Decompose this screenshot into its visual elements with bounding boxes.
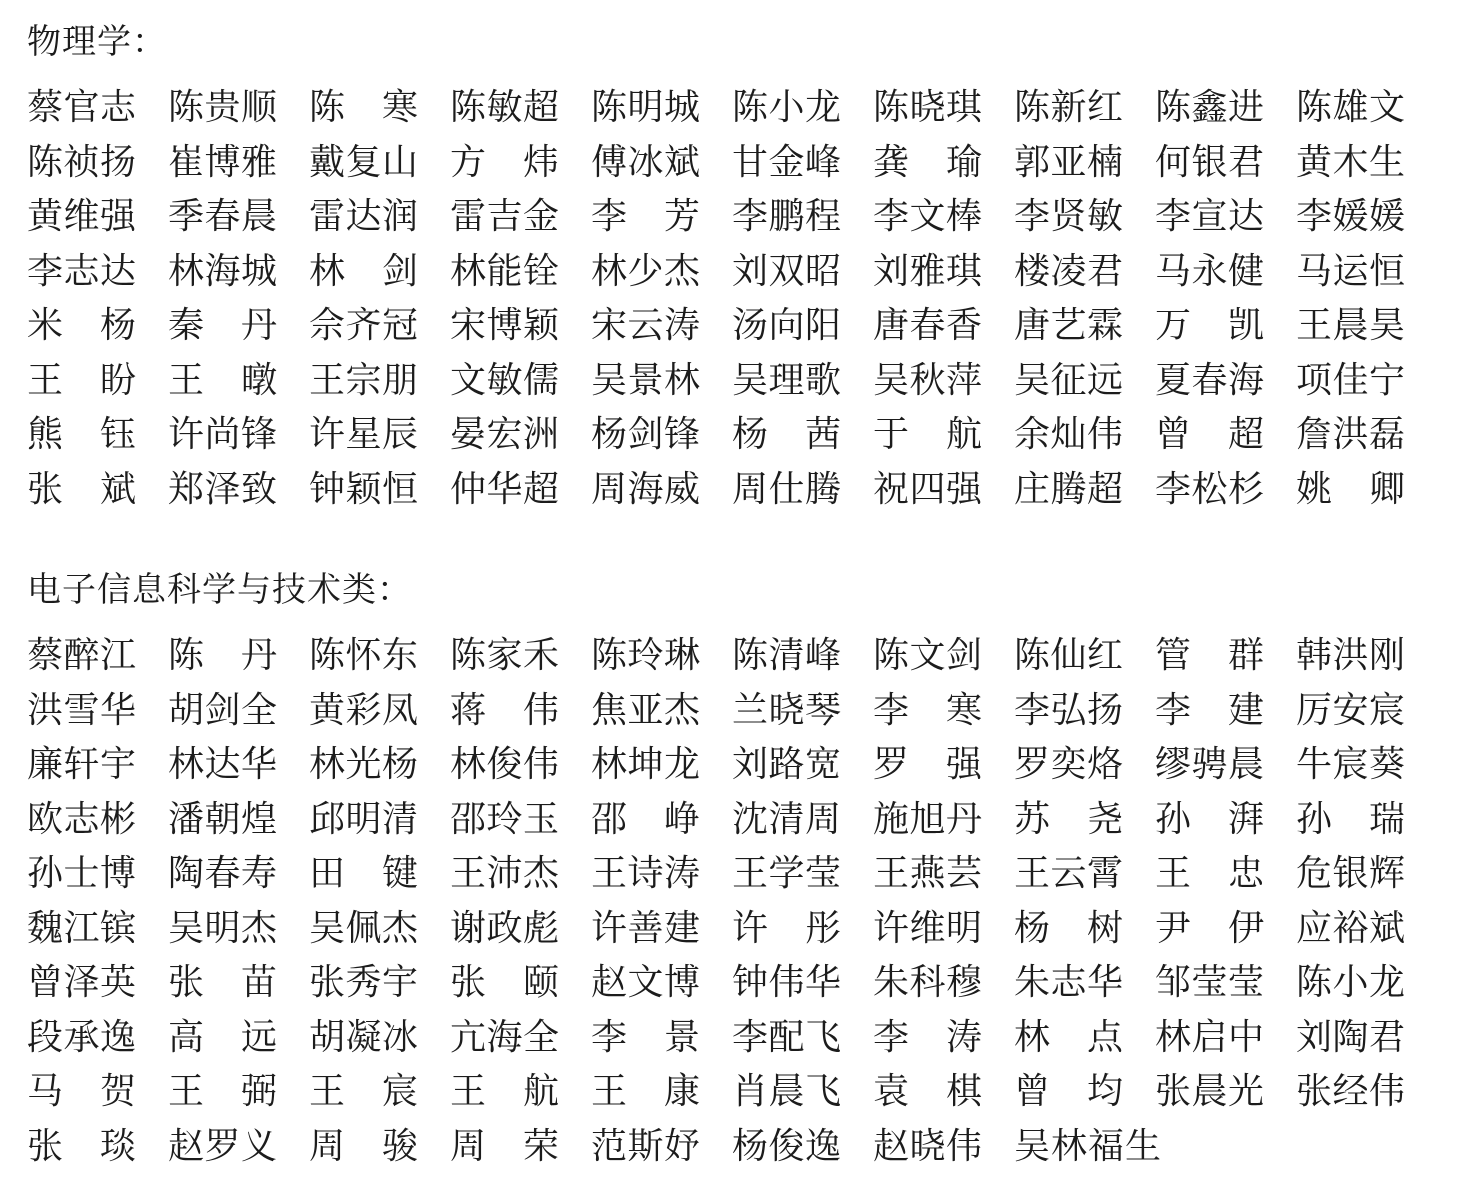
- person-name: 赵晓伟: [873, 1128, 982, 1164]
- person-name: 吴秋萍: [873, 362, 982, 398]
- person-name: 曾泽英: [27, 964, 136, 1000]
- person-name: 雷吉金: [450, 198, 559, 234]
- person-name: 王康: [591, 1073, 700, 1109]
- person-name: 晏宏洲: [450, 416, 559, 452]
- person-name: 许彤: [732, 910, 841, 946]
- person-name: 李芳: [591, 198, 700, 234]
- person-name: 尹伊: [1155, 910, 1264, 946]
- person-name: 陈小龙: [732, 89, 841, 125]
- person-name: 宋云涛: [591, 307, 700, 343]
- person-name: 张苗: [168, 964, 277, 1000]
- person-name: 吴明杰: [168, 910, 277, 946]
- name-row: 曾泽英张苗张秀宇张颐赵文博钟伟华朱科穆朱志华邹莹莹陈小龙: [27, 955, 1444, 1010]
- person-name: 陈小龙: [1296, 964, 1405, 1000]
- person-name: 李宣达: [1155, 198, 1264, 234]
- person-name: 朱科穆: [873, 964, 982, 1000]
- person-name: 王学莹: [732, 855, 841, 891]
- person-name: 罗强: [873, 746, 982, 782]
- person-name: 米杨: [27, 307, 136, 343]
- name-row: 洪雪华胡剑全黄彩凤蒋伟焦亚杰兰晓琴李寒李弘扬李建厉安宸: [27, 683, 1444, 738]
- name-row: 廉轩宇林达华林光杨林俊伟林坤龙刘路宽罗强罗奕烙缪骋晨牛宸葵: [27, 737, 1444, 792]
- person-name: 王忠: [1155, 855, 1264, 891]
- person-name: 罗奕烙: [1014, 746, 1123, 782]
- person-name: 王弼: [168, 1073, 277, 1109]
- person-name: 唐春香: [873, 307, 982, 343]
- person-name: 亢海全: [450, 1019, 559, 1055]
- name-row: 段承逸高远胡凝冰亢海全李景李配飞李涛林点林启中刘陶君: [27, 1010, 1444, 1065]
- person-name: 黄维强: [27, 198, 136, 234]
- person-name: 于航: [873, 416, 982, 452]
- person-name: 陈晓琪: [873, 89, 982, 125]
- person-name: 黄彩凤: [309, 692, 418, 728]
- person-name: 钟伟华: [732, 964, 841, 1000]
- name-row: 李志达林海城林剑林能铨林少杰刘双昭刘雅琪楼凌君马永健马运恒: [27, 244, 1444, 299]
- person-name: 周骏: [309, 1128, 418, 1164]
- person-name: 吴景林: [591, 362, 700, 398]
- person-name: 王航: [450, 1073, 559, 1109]
- person-name: 林少杰: [591, 253, 700, 289]
- person-name: 魏江镔: [27, 910, 136, 946]
- person-name: 刘路宽: [732, 746, 841, 782]
- person-name: 张晨光: [1155, 1073, 1264, 1109]
- person-name: 朱志华: [1014, 964, 1123, 1000]
- person-name: 唐艺霖: [1014, 307, 1123, 343]
- person-name: 陈鑫进: [1155, 89, 1264, 125]
- person-name: 苏尧: [1014, 801, 1123, 837]
- person-name: 邱明清: [309, 801, 418, 837]
- person-name: 孙瑞: [1296, 801, 1405, 837]
- person-name: 廉轩宇: [27, 746, 136, 782]
- person-name: 陈新红: [1014, 89, 1123, 125]
- person-name: 段承逸: [27, 1019, 136, 1055]
- person-name: 邵峥: [591, 801, 700, 837]
- person-name: 郭亚楠: [1014, 144, 1123, 180]
- person-name: 周荣: [450, 1128, 559, 1164]
- person-name: 胡凝冰: [309, 1019, 418, 1055]
- person-name: 方炜: [450, 144, 559, 180]
- person-name: 马永健: [1155, 253, 1264, 289]
- person-name: 陈家禾: [450, 637, 559, 673]
- person-name: 洪雪华: [27, 692, 136, 728]
- person-name: 楼凌君: [1014, 253, 1123, 289]
- person-name: 赵文博: [591, 964, 700, 1000]
- person-name: 张颐: [450, 964, 559, 1000]
- person-name: 范斯妤: [591, 1128, 700, 1164]
- person-name: 林剑: [309, 253, 418, 289]
- person-name: 邹莹莹: [1155, 964, 1264, 1000]
- person-name: 李涛: [873, 1019, 982, 1055]
- person-name: 曾超: [1155, 416, 1264, 452]
- person-name: 许善建: [591, 910, 700, 946]
- person-name: 袁棋: [873, 1073, 982, 1109]
- person-name: 张斌: [27, 471, 136, 507]
- name-row: 张斌郑泽致钟颖恒仲华超周海威周仕腾祝四强庄腾超李松杉姚卿: [27, 462, 1444, 517]
- name-row: 欧志彬潘朝煌邱明清邵玲玉邵峥沈清周施旭丹苏尧孙湃孙瑞: [27, 792, 1444, 847]
- person-name: 佘齐冠: [309, 307, 418, 343]
- person-name: 林坤龙: [591, 746, 700, 782]
- name-row: 黄维强季春晨雷达润雷吉金李芳李鹏程李文棒李贤敏李宣达李媛媛: [27, 189, 1444, 244]
- person-name: 曾均: [1014, 1073, 1123, 1109]
- person-name: 应裕斌: [1296, 910, 1405, 946]
- section-electronic-information: 电子信息科学与技术类： 蔡醉江陈丹陈怀东陈家禾陈玲琳陈清峰陈文剑陈仙红管群韩洪刚…: [27, 564, 1444, 1173]
- name-row: 孙士博陶春寿田键王沛杰王诗涛王学莹王燕芸王云霄王忠危银辉: [27, 846, 1444, 901]
- person-name: 李贤敏: [1014, 198, 1123, 234]
- person-name: 王晨昊: [1296, 307, 1405, 343]
- person-name: 雷达润: [309, 198, 418, 234]
- person-name: 陈仙红: [1014, 637, 1123, 673]
- person-name: 张琰: [27, 1128, 136, 1164]
- person-name: 林启中: [1155, 1019, 1264, 1055]
- person-name: 宋博颖: [450, 307, 559, 343]
- person-name: 欧志彬: [27, 801, 136, 837]
- person-name: 牛宸葵: [1296, 746, 1405, 782]
- person-name: 管群: [1155, 637, 1264, 673]
- person-name: 项佳宁: [1296, 362, 1405, 398]
- person-name: 沈清周: [732, 801, 841, 837]
- person-name: 胡剑全: [168, 692, 277, 728]
- person-name: 陶春寿: [168, 855, 277, 891]
- person-name: 陈玲琳: [591, 637, 700, 673]
- person-name: 陈清峰: [732, 637, 841, 673]
- person-name: 肖晨飞: [732, 1073, 841, 1109]
- person-name: 詹洪磊: [1296, 416, 1405, 452]
- person-name: 张经伟: [1296, 1073, 1405, 1109]
- name-row: 蔡醉江陈丹陈怀东陈家禾陈玲琳陈清峰陈文剑陈仙红管群韩洪刚: [27, 628, 1444, 683]
- section-title-physics: 物理学：: [27, 16, 1444, 70]
- person-name: 蔡官志: [27, 89, 136, 125]
- person-name: 陈贵顺: [168, 89, 277, 125]
- section-title-electronic-information: 电子信息科学与技术类：: [27, 564, 1444, 618]
- person-name: 吴佩杰: [309, 910, 418, 946]
- person-name: 黄木生: [1296, 144, 1405, 180]
- person-name: 甘金峰: [732, 144, 841, 180]
- person-name: 谢政彪: [450, 910, 559, 946]
- person-name: 田键: [309, 855, 418, 891]
- person-name: 李文棒: [873, 198, 982, 234]
- person-name: 李景: [591, 1019, 700, 1055]
- person-name: 林达华: [168, 746, 277, 782]
- person-name: 仲华超: [450, 471, 559, 507]
- person-name: 季春晨: [168, 198, 277, 234]
- person-name: 庄腾超: [1014, 471, 1123, 507]
- person-name: 刘双昭: [732, 253, 841, 289]
- person-name: 蔡醉江: [27, 637, 136, 673]
- person-name: 陈怀东: [309, 637, 418, 673]
- person-name: 李志达: [27, 253, 136, 289]
- person-name: 韩洪刚: [1296, 637, 1405, 673]
- person-name: 刘雅琪: [873, 253, 982, 289]
- person-name: 施旭丹: [873, 801, 982, 837]
- section-physics: 物理学： 蔡官志陈贵顺陈寒陈敏超陈明城陈小龙陈晓琪陈新红陈鑫进陈雄文陈祯扬崔博雅…: [27, 16, 1444, 516]
- person-name: 龚瑜: [873, 144, 982, 180]
- person-name: 焦亚杰: [591, 692, 700, 728]
- person-name: 马贺: [27, 1073, 136, 1109]
- person-name: 缪骋晨: [1155, 746, 1264, 782]
- person-name: 郑泽致: [168, 471, 277, 507]
- person-name: 钟颖恒: [309, 471, 418, 507]
- person-name: 王沛杰: [450, 855, 559, 891]
- name-row: 张琰赵罗义周骏周荣范斯妤杨俊逸赵晓伟吴林福生: [27, 1119, 1444, 1174]
- person-name: 王盼: [27, 362, 136, 398]
- person-name: 文敏儒: [450, 362, 559, 398]
- person-name: 蒋伟: [450, 692, 559, 728]
- person-name: 李鹏程: [732, 198, 841, 234]
- person-name: 兰晓琴: [732, 692, 841, 728]
- name-row: 魏江镔吴明杰吴佩杰谢政彪许善建许彤许维明杨树尹伊应裕斌: [27, 901, 1444, 956]
- person-name: 吴林福生: [1014, 1128, 1162, 1164]
- person-name: 杨树: [1014, 910, 1123, 946]
- person-name: 孙士博: [27, 855, 136, 891]
- name-grid-electronic-information: 蔡醉江陈丹陈怀东陈家禾陈玲琳陈清峰陈文剑陈仙红管群韩洪刚洪雪华胡剑全黄彩凤蒋伟焦…: [27, 628, 1444, 1173]
- person-name: 赵罗义: [168, 1128, 277, 1164]
- name-row: 马贺王弼王宸王航王康肖晨飞袁棋曾均张晨光张经伟: [27, 1064, 1444, 1119]
- person-name: 李弘扬: [1014, 692, 1123, 728]
- person-name: 吴理歌: [732, 362, 841, 398]
- person-name: 许维明: [873, 910, 982, 946]
- document-page: 物理学： 蔡官志陈贵顺陈寒陈敏超陈明城陈小龙陈晓琪陈新红陈鑫进陈雄文陈祯扬崔博雅…: [0, 0, 1470, 1180]
- person-name: 陈祯扬: [27, 144, 136, 180]
- name-row: 熊钰许尚锋许星辰晏宏洲杨剑锋杨茜于航余灿伟曾超詹洪磊: [27, 407, 1444, 462]
- person-name: 危银辉: [1296, 855, 1405, 891]
- person-name: 陈丹: [168, 637, 277, 673]
- name-row: 陈祯扬崔博雅戴复山方炜傅冰斌甘金峰龚瑜郭亚楠何银君黄木生: [27, 135, 1444, 190]
- person-name: 李建: [1155, 692, 1264, 728]
- person-name: 许尚锋: [168, 416, 277, 452]
- person-name: 高远: [168, 1019, 277, 1055]
- person-name: 林海城: [168, 253, 277, 289]
- person-name: 陈文剑: [873, 637, 982, 673]
- name-row: 蔡官志陈贵顺陈寒陈敏超陈明城陈小龙陈晓琪陈新红陈鑫进陈雄文: [27, 80, 1444, 135]
- person-name: 汤向阳: [732, 307, 841, 343]
- person-name: 许星辰: [309, 416, 418, 452]
- person-name: 余灿伟: [1014, 416, 1123, 452]
- person-name: 李寒: [873, 692, 982, 728]
- person-name: 孙湃: [1155, 801, 1264, 837]
- person-name: 李媛媛: [1296, 198, 1405, 234]
- person-name: 陈敏超: [450, 89, 559, 125]
- person-name: 杨剑锋: [591, 416, 700, 452]
- person-name: 陈雄文: [1296, 89, 1405, 125]
- name-row: 米杨秦丹佘齐冠宋博颖宋云涛汤向阳唐春香唐艺霖万凯王晨昊: [27, 298, 1444, 353]
- person-name: 王诗涛: [591, 855, 700, 891]
- person-name: 邵玲玉: [450, 801, 559, 837]
- person-name: 王燕芸: [873, 855, 982, 891]
- person-name: 傅冰斌: [591, 144, 700, 180]
- person-name: 李松杉: [1155, 471, 1264, 507]
- person-name: 王暾: [168, 362, 277, 398]
- person-name: 熊钰: [27, 416, 136, 452]
- person-name: 潘朝煌: [168, 801, 277, 837]
- person-name: 张秀宇: [309, 964, 418, 1000]
- person-name: 王云霄: [1014, 855, 1123, 891]
- person-name: 吴征远: [1014, 362, 1123, 398]
- person-name: 夏春海: [1155, 362, 1264, 398]
- person-name: 林俊伟: [450, 746, 559, 782]
- person-name: 李配飞: [732, 1019, 841, 1055]
- person-name: 王宸: [309, 1073, 418, 1109]
- person-name: 周海威: [591, 471, 700, 507]
- person-name: 马运恒: [1296, 253, 1405, 289]
- person-name: 崔博雅: [168, 144, 277, 180]
- person-name: 厉安宸: [1296, 692, 1405, 728]
- person-name: 秦丹: [168, 307, 277, 343]
- person-name: 祝四强: [873, 471, 982, 507]
- person-name: 刘陶君: [1296, 1019, 1405, 1055]
- person-name: 何银君: [1155, 144, 1264, 180]
- person-name: 杨茜: [732, 416, 841, 452]
- person-name: 杨俊逸: [732, 1128, 841, 1164]
- person-name: 王宗朋: [309, 362, 418, 398]
- person-name: 林点: [1014, 1019, 1123, 1055]
- name-row: 王盼王暾王宗朋文敏儒吴景林吴理歌吴秋萍吴征远夏春海项佳宁: [27, 353, 1444, 408]
- person-name: 陈明城: [591, 89, 700, 125]
- name-grid-physics: 蔡官志陈贵顺陈寒陈敏超陈明城陈小龙陈晓琪陈新红陈鑫进陈雄文陈祯扬崔博雅戴复山方炜…: [27, 80, 1444, 516]
- person-name: 万凯: [1155, 307, 1264, 343]
- person-name: 林光杨: [309, 746, 418, 782]
- person-name: 周仕腾: [732, 471, 841, 507]
- person-name: 林能铨: [450, 253, 559, 289]
- person-name: 戴复山: [309, 144, 418, 180]
- person-name: 姚卿: [1296, 471, 1405, 507]
- person-name: 陈寒: [309, 89, 418, 125]
